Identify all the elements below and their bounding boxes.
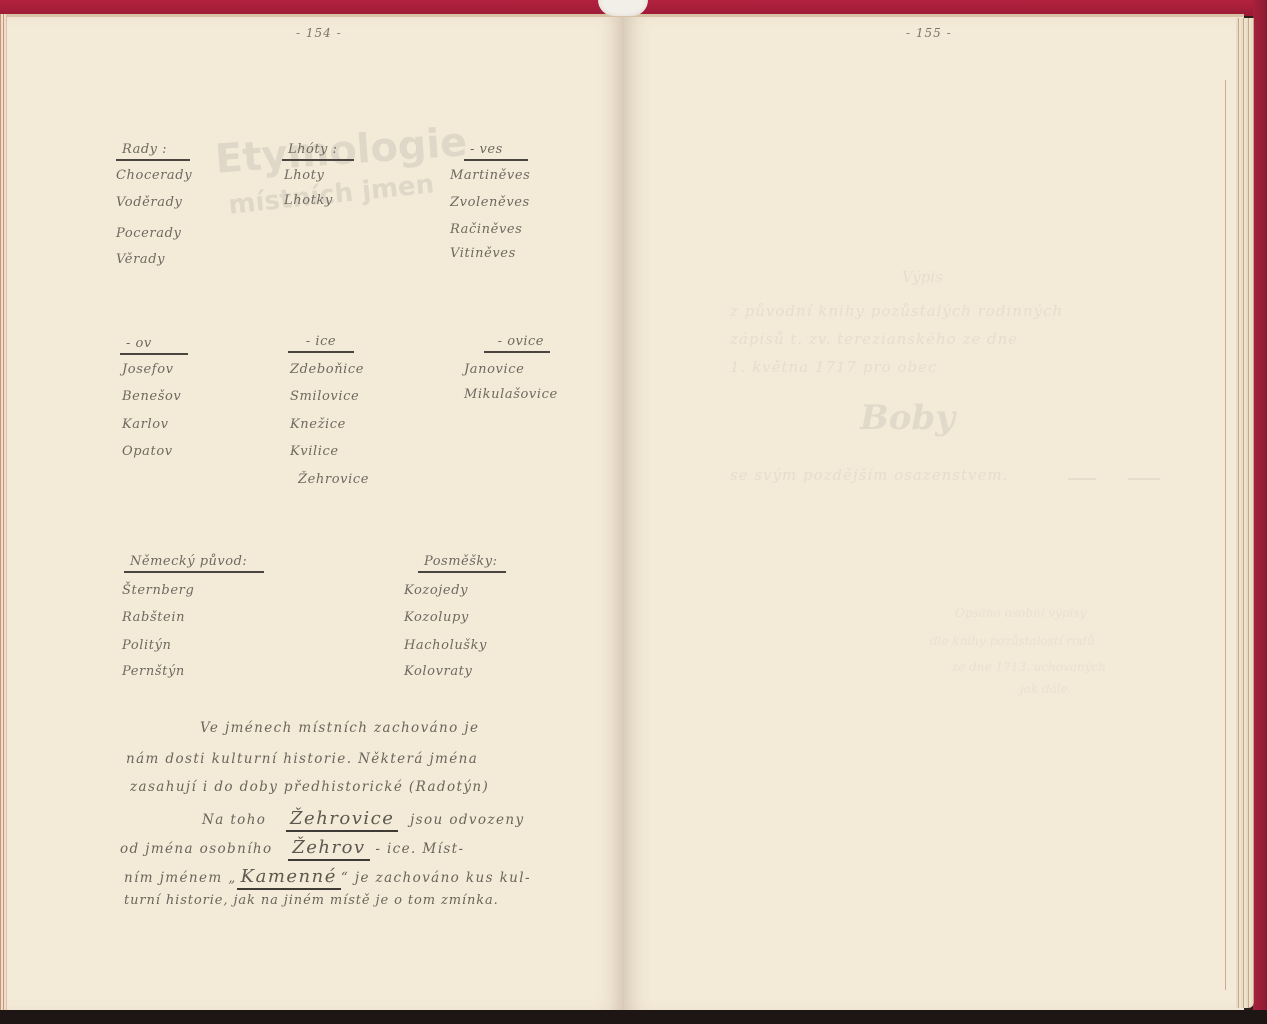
- list-item: Šternberg: [122, 583, 194, 598]
- emphasized-zehrovice: Žehrovice: [286, 808, 398, 832]
- column-heading-nemecky-puvod: Německý původ:: [124, 554, 264, 573]
- bleed-through-note: jak dále.: [1020, 682, 1072, 696]
- list-item: Věrady: [116, 252, 165, 267]
- list-item: Knežice: [290, 417, 346, 432]
- list-item: Hacholušky: [404, 638, 487, 653]
- paragraph-line-5: od jména osobního Žehrov - ice. Míst-: [120, 837, 464, 858]
- list-item: Lhoty: [284, 168, 324, 183]
- book-cover-right: [1253, 0, 1267, 1010]
- list-item: Kolovraty: [404, 664, 472, 679]
- bleed-through-line: z původní knihy pozůstalých rodinných: [730, 302, 1063, 320]
- bleed-through-dash: [1068, 478, 1096, 480]
- list-item: Chocerady: [116, 168, 192, 183]
- bleed-through-note: ze dne 1713. uchovaných: [952, 660, 1106, 674]
- bleed-through-dash: [1128, 478, 1160, 480]
- emphasized-kamenne: Kamenné: [237, 866, 341, 890]
- list-item: Kozolupy: [404, 610, 469, 625]
- column-heading-ice: - ice: [288, 334, 354, 353]
- list-item: Politýn: [122, 638, 172, 653]
- list-item: Lhotky: [284, 193, 333, 208]
- paragraph-line-4: Na toho Žehrovice jsou odvozeny: [202, 808, 524, 829]
- bleed-through-line: zápisů t. zv. terezianského ze dne: [730, 330, 1018, 348]
- list-item: Račiněves: [450, 222, 522, 237]
- list-item: Kozojedy: [404, 583, 468, 598]
- list-item: Smilovice: [290, 389, 359, 404]
- right-page-edges: [1236, 18, 1254, 1008]
- column-heading-posmesky: Posměšky:: [418, 554, 506, 573]
- list-item: Karlov: [122, 417, 169, 432]
- column-heading-lhoty: Lhóty :: [282, 142, 354, 161]
- page-number-right: - 155 -: [906, 26, 952, 40]
- list-item: Benešov: [122, 389, 181, 404]
- page-number-left: - 154 -: [296, 26, 342, 40]
- list-item: Voděrady: [116, 195, 182, 210]
- list-item: Josefov: [122, 362, 174, 377]
- list-item: Mikulašovice: [464, 387, 558, 402]
- paragraph-line-6: ním jménem „Kamenné“ je zachováno kus ku…: [124, 866, 531, 887]
- bleed-through-title: Boby: [860, 398, 955, 438]
- column-heading-ov: - ov: [120, 336, 188, 355]
- emphasized-zehrov: Žehrov: [288, 837, 369, 861]
- bleed-through-line: Výpis: [902, 268, 943, 286]
- list-item: Zdeboňice: [290, 362, 364, 377]
- list-item: Zvoleněves: [450, 195, 530, 210]
- background-shadow: [0, 1010, 1267, 1024]
- list-item: Opatov: [122, 444, 173, 459]
- list-item: Pernštýn: [122, 664, 185, 679]
- list-item: Kvilice: [290, 444, 339, 459]
- column-heading-rady: Rady :: [116, 142, 190, 161]
- bleed-through-line: se svým pozdějším osazenstvem.: [730, 466, 1008, 484]
- bleed-through-line: 1. května 1717 pro obec: [730, 358, 937, 376]
- paragraph-line-3: zasahují i do doby předhistorické (Radot…: [130, 779, 489, 795]
- list-item: Janovice: [464, 362, 524, 377]
- column-heading-ves: - ves: [464, 142, 528, 161]
- left-page-edges: [0, 14, 6, 1010]
- bleed-through-note: Opsáno osobní výpisy: [955, 606, 1086, 620]
- paragraph-line-1: Ve jménech místních zachováno je: [200, 720, 479, 736]
- column-heading-ovice: - ovice: [484, 334, 550, 353]
- paragraph-line-7: turní historie, jak na jiném místě je o …: [124, 893, 499, 908]
- list-item: Rabštein: [122, 610, 185, 625]
- list-item: Martiněves: [450, 168, 530, 183]
- right-page: [624, 14, 1244, 1010]
- paragraph-line-2: nám dosti kulturní historie. Některá jmé…: [126, 751, 478, 767]
- list-item: Pocerady: [116, 226, 181, 241]
- list-item: Vitiněves: [450, 246, 516, 261]
- bleed-through-note: dle knihy pozůstalostí rodů: [930, 634, 1095, 648]
- list-item: Žehrovice: [298, 472, 369, 487]
- right-margin-line: [1225, 80, 1226, 990]
